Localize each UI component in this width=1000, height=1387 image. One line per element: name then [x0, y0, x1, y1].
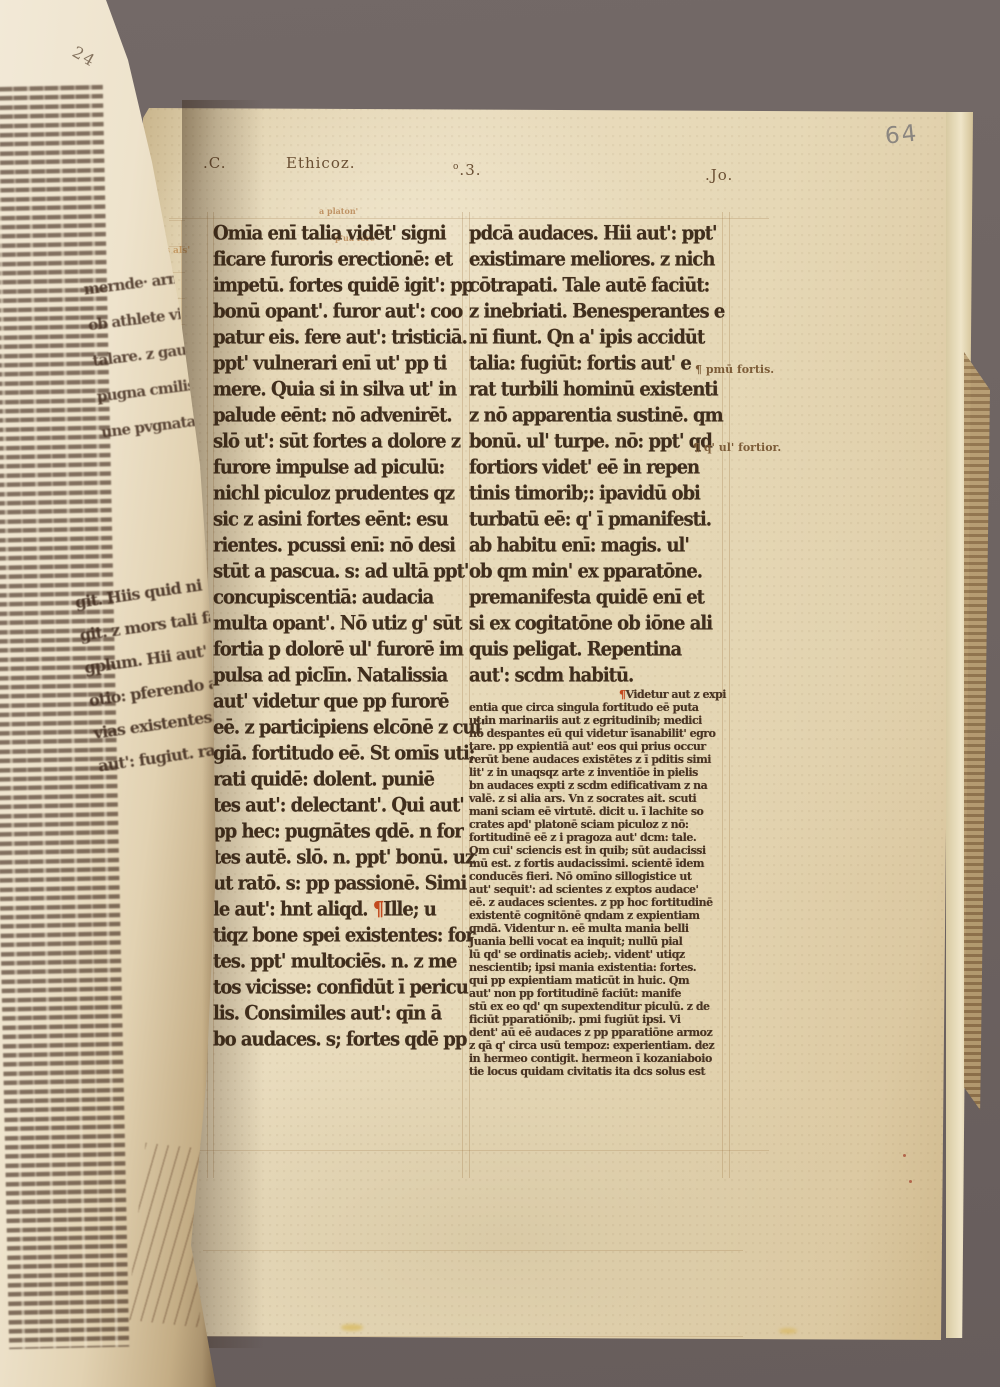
ruling-line — [169, 218, 769, 219]
text-line: bonū. ul' turpe. nō: ppt' qd — [469, 428, 721, 456]
text-line: ficare furoris erectionē: et — [213, 246, 469, 274]
text-line: conducēs fieri. Nō omīno sillogistice ut — [469, 870, 727, 883]
text-line: z inebriati. Benesperantes e — [469, 298, 721, 326]
margin-note: ¶ pmū fortis. — [695, 364, 774, 376]
text-line: fortia p dolorē ul' furorē im — [213, 636, 469, 664]
text-line: rat turbili hominū existenti — [469, 376, 721, 404]
text-line: rati quidē: dolent. puniē — [213, 766, 469, 794]
ink-speck — [903, 1154, 906, 1157]
text-line: nō despantes eū qui videtur īsanabilit' … — [469, 727, 727, 740]
text-line: tes aut': delectant'. Qui aut' — [213, 792, 469, 820]
text-line: ob qm min' ex pparatōne. — [469, 558, 721, 586]
text-line: ¶Videtur aut z expi — [469, 688, 727, 701]
text-line: concupiscentiā: audacia — [213, 584, 469, 612]
header-title: Ethicoz. — [286, 154, 356, 172]
text-line: nichl piculoz prudentes qz — [213, 480, 469, 508]
text-line: talia: fugiūt: fortis aut' e — [469, 350, 721, 378]
text-line: crates apd' platonē sciam piculoz z nō: — [469, 818, 727, 831]
text-line: multa opant'. Nō utiz g' sūt — [213, 610, 469, 638]
text-line: fortitudinē eē z i pragoza aut' dcm: tal… — [469, 831, 727, 844]
text-line: turbatū eē: q' ī pmanifesti. — [469, 506, 721, 534]
text-line: bonū opant'. furor aut': coo — [213, 298, 469, 326]
text-line: si ex cogitatōne ob iōne ali — [469, 610, 721, 638]
text-line: ficiūt pparatiōnib;. pmi fugiūt ipsi. Vi — [469, 1013, 727, 1026]
text-line: existentē cognitōnē qndam z expientiam — [469, 909, 727, 922]
text-line: Qm cui' sciencis est in quib; sūt audaci… — [469, 844, 727, 857]
margin-note: ¶ q' ul' fortior. — [693, 442, 781, 454]
text-column-left: Omīa enī talia vidēt' significare furori… — [213, 220, 469, 1052]
text-line: impetū. fortes quidē igit': pp — [213, 272, 469, 300]
text-line: pdcā audaces. Hii aut': ppt' — [469, 220, 721, 248]
text-line: tos vicisse: confidūt ī pericu — [213, 974, 469, 1002]
stain — [341, 1324, 363, 1331]
text-line: tie locus quidam civitatis ita dcs solus… — [469, 1065, 727, 1078]
text-line: tare. pp expientiā aut' eos qui prius oc… — [469, 740, 727, 753]
text-line: le aut': hnt aliqd. ¶Ille; u — [213, 896, 469, 924]
left-page-text-fragments-lower: git. Hiis quid nigit. z mors tali fabgpl… — [73, 566, 232, 783]
text-line: tinis timorib;: ipavidū obi — [469, 480, 721, 508]
text-line: rientes. pcussi enī: nō desi — [213, 532, 469, 560]
text-line: giā. fortitudo eē. St omīs uti; — [213, 740, 469, 768]
left-page-corner-mark: 24 — [69, 43, 99, 71]
text-line: z qā q' circa usū tempoz: experientiam. … — [469, 1039, 727, 1052]
text-line: tes. ppt' multociēs. n. z me — [213, 948, 469, 976]
text-line: aut' non pp fortitudinē faciūt: manife — [469, 987, 727, 1000]
interlinear-note: a platon' — [319, 207, 358, 216]
text-line: stūt a pascua. s: ad ultā ppt' — [213, 558, 469, 586]
text-line: bo audaces. s; fortes qdē pp — [213, 1026, 469, 1054]
text-line: pulsa ad piclīn. Natalissia — [213, 662, 469, 690]
text-line: ut in marinariis aut z egritudinib; medi… — [469, 714, 727, 727]
text-line: existimare meliores. z nich — [469, 246, 721, 274]
text-line: aut': scdm habitū. — [469, 662, 721, 690]
text-line: palude eēnt: nō advenirēt. — [213, 402, 469, 430]
text-line: Juania belli vocat ea inquit; nullū pial — [469, 935, 727, 948]
text-line: rerūt bene audaces existētes z ī pditis … — [469, 753, 727, 766]
text-line: ab habitu enī: magis. ul' — [469, 532, 721, 560]
text-line: sic z asini fortes eēnt: esu — [213, 506, 469, 534]
text-line: furore impulse ad piculū: — [213, 454, 469, 482]
text-line: aut' videtur que pp furorē — [213, 688, 469, 716]
text-line: bn audaces expti z scdm edificativam z n… — [469, 779, 727, 792]
text-line: lū qd' se ordinatis acieb;. vident' utiq… — [469, 948, 727, 961]
text-line: lis. Consimiles aut': qīn ā — [213, 1000, 469, 1028]
text-line: mū est. z fortis audacissimi. scientē īd… — [469, 857, 727, 870]
text-line: qui pp expientiam maticūt in huic. Qm — [469, 974, 727, 987]
text-line: eē. z audaces scientes. z pp hoc fortitu… — [469, 896, 727, 909]
text-line: premanifesta quidē enī et — [469, 584, 721, 612]
text-line: Omīa enī talia vidēt' signi — [213, 220, 469, 248]
text-line: in hermeo contigit. hermeon ī kozaniaboi… — [469, 1052, 727, 1065]
header-chapter-number: o.3. — [453, 158, 482, 179]
manuscript-photograph: .C. Ethicoz. o.3. .Jo. 64 as als' a plat… — [0, 0, 1000, 1387]
text-line: ppt' vulnerari enī ut' pp ti — [213, 350, 469, 378]
stain — [779, 1328, 797, 1334]
rubric-pilcrow: ¶ — [619, 688, 626, 701]
ink-speck — [909, 1180, 912, 1183]
folio-number: 64 — [884, 120, 920, 149]
text-line: z nō apparentia sustinē. qm — [469, 402, 721, 430]
ruling-line — [729, 212, 730, 1178]
header-left-mark: .C. — [203, 154, 226, 172]
rubric-pilcrow: ¶ — [373, 898, 383, 921]
text-column-right: pdcā audaces. Hii aut': ppt'existimare m… — [469, 220, 721, 688]
text-line: ut ratō. s: pp passionē. Simi — [213, 870, 469, 898]
text-line: cōtrapati. Tale autē faciūt: — [469, 272, 721, 300]
text-line: nescientib; ipsi mania existentia: forte… — [469, 961, 727, 974]
text-line: qndā. Videntur n. eē multa mania belli — [469, 922, 727, 935]
text-line: dent' aū eē audaces z pp pparatiōne armo… — [469, 1026, 727, 1039]
page-edges-deckle — [964, 352, 990, 1110]
text-line: slō ut': sūt fortes a dolore z — [213, 428, 469, 456]
text-line: pp hec: pugnātes qdē. n for — [213, 818, 469, 846]
text-line: mani sciam eē virtutē. dicit u. ī lachit… — [469, 805, 727, 818]
text-line: patur eis. fere aut': tristiciā. — [213, 324, 469, 352]
ruling-line — [203, 1250, 743, 1251]
gloss-column: ¶Videtur aut z expientia que circa singu… — [469, 688, 727, 1078]
header-right-mark: .Jo. — [705, 166, 733, 184]
text-line: nī fiunt. Qn a' ipis accidūt — [469, 324, 721, 352]
text-line: tiqz bone spei existentes: for — [213, 922, 469, 950]
text-line: lit' z in unaqsqz arte z inventiōe in pi… — [469, 766, 727, 779]
text-line: mere. Quia si in silva ut' in — [213, 376, 469, 404]
ruling-line — [203, 1336, 743, 1337]
text-line: stū ex eo qd' qn supextenditur piculū. z… — [469, 1000, 727, 1013]
chapter-numeral: .3. — [459, 161, 481, 179]
text-line: eē. z participiens elcōnē z cui' — [213, 714, 469, 742]
text-line: aut' sequit': ad scientes z exptos audac… — [469, 883, 727, 896]
ruling-line — [169, 1150, 769, 1151]
text-line: fortiors videt' eē in repen — [469, 454, 721, 482]
text-line: tes autē. slō. n. ppt' bonū. uz — [213, 844, 469, 872]
text-line: valē. z si alia ars. Vn z socrates ait. … — [469, 792, 727, 805]
right-page-folio-64: .C. Ethicoz. o.3. .Jo. 64 as als' a plat… — [143, 108, 955, 1340]
text-line: entia que circa singula fortitudo eē put… — [469, 701, 727, 714]
text-line: quis peligat. Repentina — [469, 636, 721, 664]
